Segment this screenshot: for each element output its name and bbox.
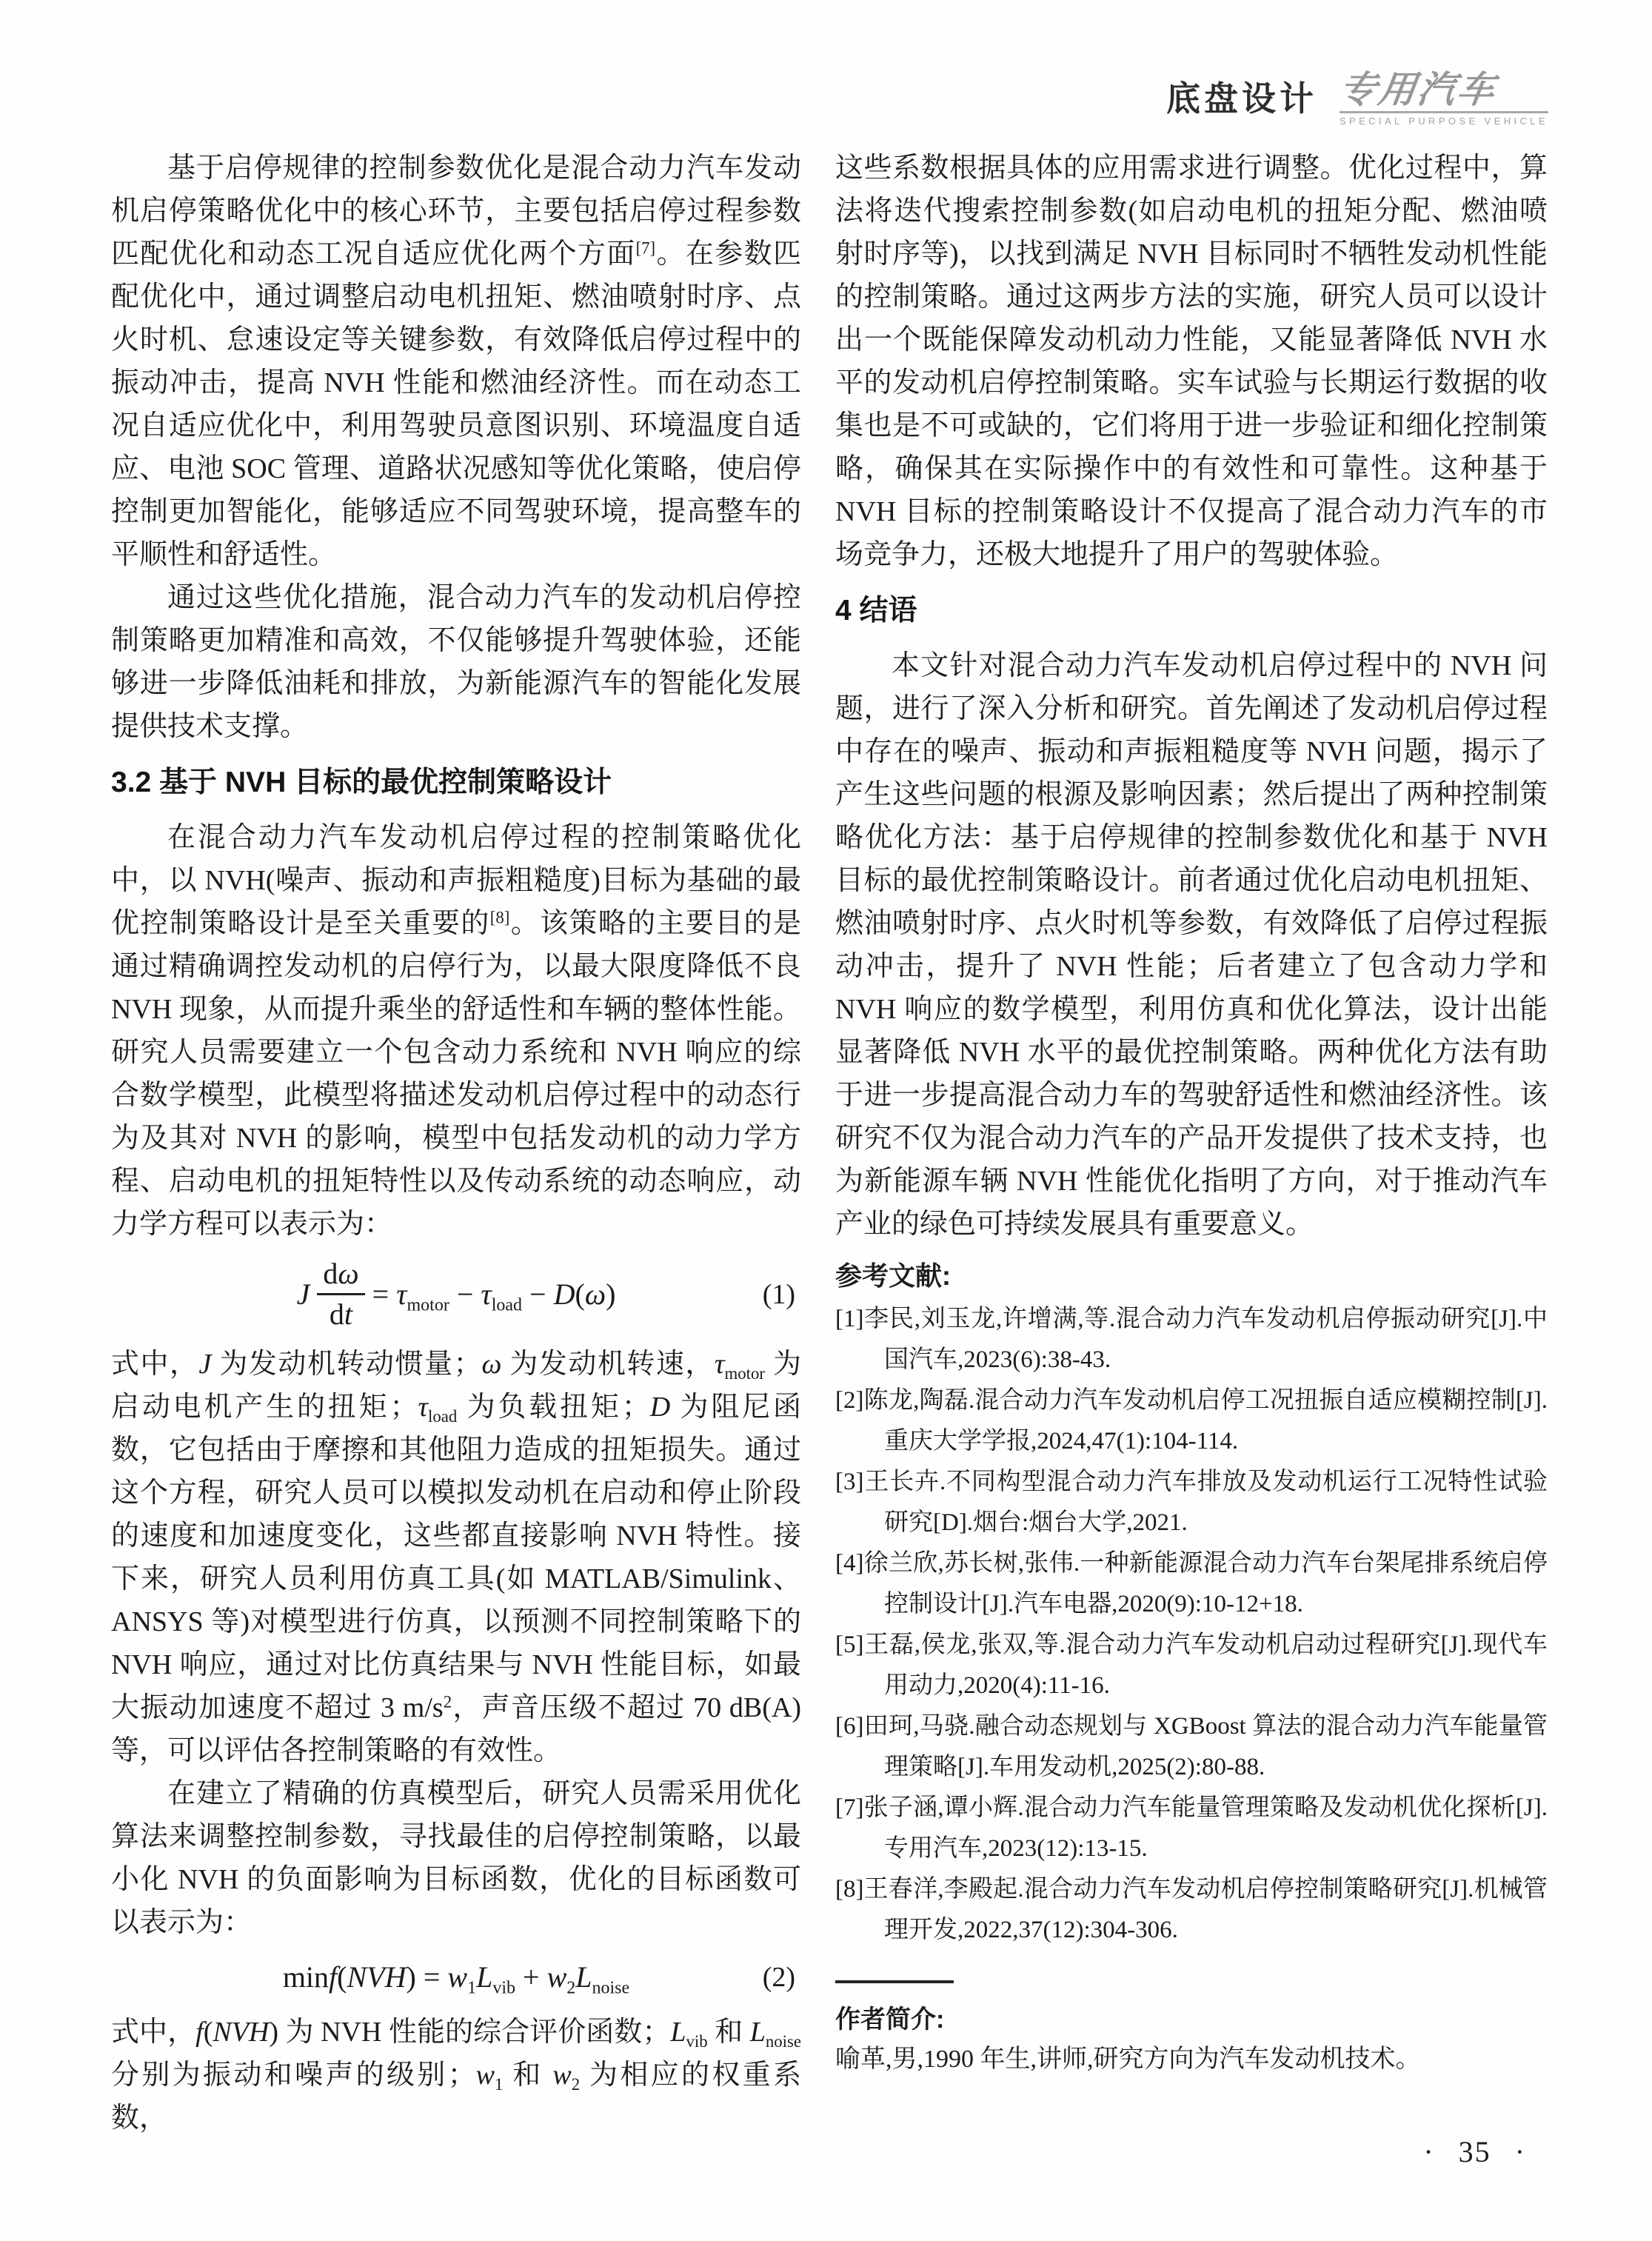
reference-item: [3]王长卉.不同构型混合动力汽车排放及发动机运行工况特性试验研究[D].烟台:…: [835, 1462, 1548, 1543]
author-bio-heading: 作者简介:: [835, 2000, 1548, 2040]
reference-item: [2]陈龙,陶磊.混合动力汽车发动机启停工况扭振自适应模糊控制[J].重庆大学学…: [835, 1380, 1548, 1462]
paper-page: 底盘设计 专用汽车 SPECIAL PURPOSE VEHICLE 基于启停规律…: [0, 0, 1652, 2241]
equation-2: minf(NVH) = w1Lvib + w2Lnoise (2): [111, 1956, 801, 1999]
equation-1-number: (1): [763, 1273, 795, 1316]
reference-item: [8]王春洋,李殿起.混合动力汽车发动机启停控制策略研究[J].机械管理开发,2…: [835, 1869, 1548, 1951]
page-number: · 35 ·: [1423, 2134, 1526, 2169]
equation-2-number: (2): [763, 1956, 795, 1999]
equation-2-body: minf(NVH) = w1Lvib + w2Lnoise: [283, 1956, 629, 1999]
body-paragraph: 通过这些优化措施，混合动力汽车的发动机启停控制策略更加精准和高效，不仅能够提升驾…: [111, 576, 801, 748]
section-heading-3-2: 3.2 基于 NVH 目标的最优控制策略设计: [111, 761, 801, 804]
equation-1-fraction: dω dt: [317, 1258, 364, 1331]
author-divider: [835, 1980, 954, 1983]
body-paragraph: 这些系数根据具体的应用需求进行调整。优化过程中，算法将迭代搜索控制参数(如启动电…: [835, 147, 1548, 576]
author-bio-text: 喻革,男,1990 年生,讲师,研究方向为汽车发动机技术。: [835, 2040, 1548, 2080]
references-heading: 参考文献:: [835, 1255, 1548, 1297]
author-bio-block: 作者简介: 喻革,男,1990 年生,讲师,研究方向为汽车发动机技术。: [835, 1980, 1548, 2080]
journal-logo: 专用汽车 SPECIAL PURPOSE VEHICLE: [1340, 71, 1548, 126]
body-paragraph: 基于启停规律的控制参数优化是混合动力汽车发动机启停策略优化中的核心环节，主要包括…: [111, 147, 801, 576]
reference-item: [1]李民,刘玉龙,许增满,等.混合动力汽车发动机启停振动研究[J].中国汽车,…: [835, 1299, 1548, 1380]
reference-item: [7]张子涵,谭小辉.混合动力汽车能量管理策略及发动机优化探析[J].专用汽车,…: [835, 1788, 1548, 1869]
right-column: 这些系数根据具体的应用需求进行调整。优化过程中，算法将迭代搜索控制参数(如启动电…: [835, 147, 1548, 2080]
body-paragraph: 在混合动力汽车发动机启停过程的控制策略优化中，以 NVH(噪声、振动和声振粗糙度…: [111, 816, 801, 1246]
reference-item: [5]王磊,侯龙,张双,等.混合动力汽车发动机启动过程研究[J].现代车用动力,…: [835, 1625, 1548, 1706]
equation-1-inertia-symbol: J: [297, 1273, 310, 1316]
equation-1: J dω dt = τmotor − τload − D(ω) (1): [111, 1258, 801, 1331]
left-column: 基于启停规律的控制参数优化是混合动力汽车发动机启停策略优化中的核心环节，主要包括…: [111, 147, 801, 2140]
equation-1-body: J dω dt = τmotor − τload − D(ω): [297, 1258, 616, 1331]
equation-1-rhs: = τmotor − τload − D(ω): [372, 1273, 616, 1316]
reference-list: [1]李民,刘玉龙,许增满,等.混合动力汽车发动机启停振动研究[J].中国汽车,…: [835, 1299, 1548, 1951]
section-heading-4: 4 结语: [835, 590, 1548, 632]
equation-1-fraction-denominator: dt: [324, 1295, 358, 1331]
body-paragraph: 式中，f(NVH) 为 NVH 性能的综合评价函数；Lvib 和 Lnoise …: [111, 2011, 801, 2140]
body-paragraph: 本文针对混合动力汽车发动机启停过程中的 NVH 问题，进行了深入分析和研究。首先…: [835, 644, 1548, 1246]
body-paragraph: 式中，J 为发动机转动惯量；ω 为发动机转速，τmotor 为启动电机产生的扭矩…: [111, 1343, 801, 1772]
body-paragraph: 在建立了精确的仿真模型后，研究人员需采用优化算法来调整控制参数，寻找最佳的启停控…: [111, 1772, 801, 1944]
column-section-label: 底盘设计: [1166, 81, 1317, 116]
reference-item: [6]田珂,马骁.融合动态规划与 XGBoost 算法的混合动力汽车能量管理策略…: [835, 1706, 1548, 1788]
equation-1-fraction-numerator: dω: [317, 1258, 364, 1295]
journal-logo-en-text: SPECIAL PURPOSE VEHICLE: [1340, 111, 1548, 126]
reference-item: [4]徐兰欣,苏长树,张伟.一种新能源混合动力汽车台架尾排系统启停控制设计[J]…: [835, 1543, 1548, 1625]
page-header: 底盘设计 专用汽车 SPECIAL PURPOSE VEHICLE: [1166, 71, 1548, 126]
journal-logo-cn-text: 专用汽车: [1337, 71, 1499, 108]
